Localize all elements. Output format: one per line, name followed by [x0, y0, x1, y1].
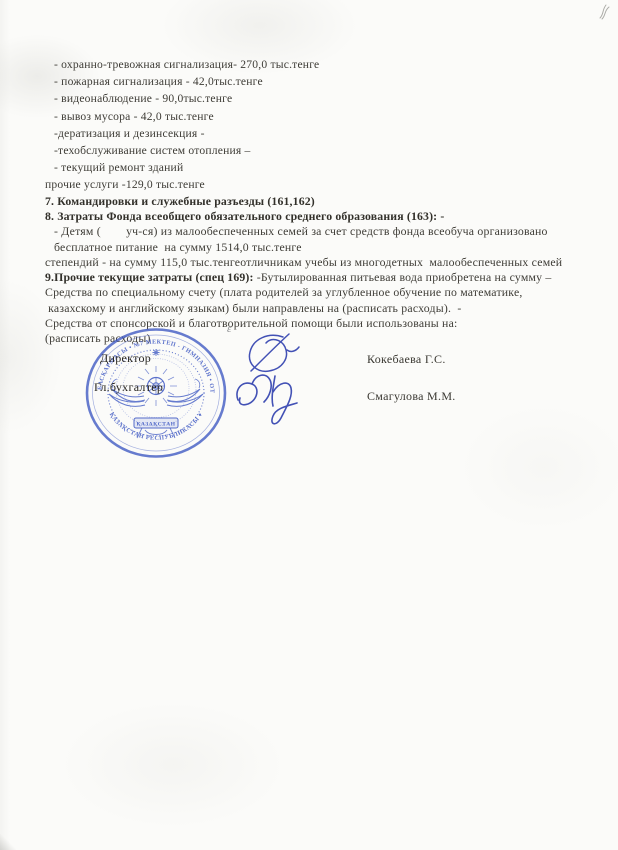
chief-accountant-label: Гл.бухгалтер: [94, 380, 163, 395]
director-name: Кокебаева Г.С.: [367, 352, 446, 367]
accountant-signature: [230, 366, 322, 428]
stamp-banner-text: ҚАЗАҚСТАН: [136, 422, 175, 428]
scan-smudge-mark: [598, 3, 611, 20]
scanned-document-page: - охранно-тревожная сигнализация- 270,0 …: [0, 0, 618, 850]
signature-area: БІЛІМ БАСҚАРМАСЫ • №7 МЕКТЕП - ГИМНАЗИЯ …: [0, 0, 618, 850]
stray-pen-mark: ε: [227, 323, 231, 335]
director-label: Директор: [100, 351, 151, 366]
corner-shade: [0, 834, 16, 850]
chief-accountant-name: Смагулова М.М.: [367, 389, 456, 404]
